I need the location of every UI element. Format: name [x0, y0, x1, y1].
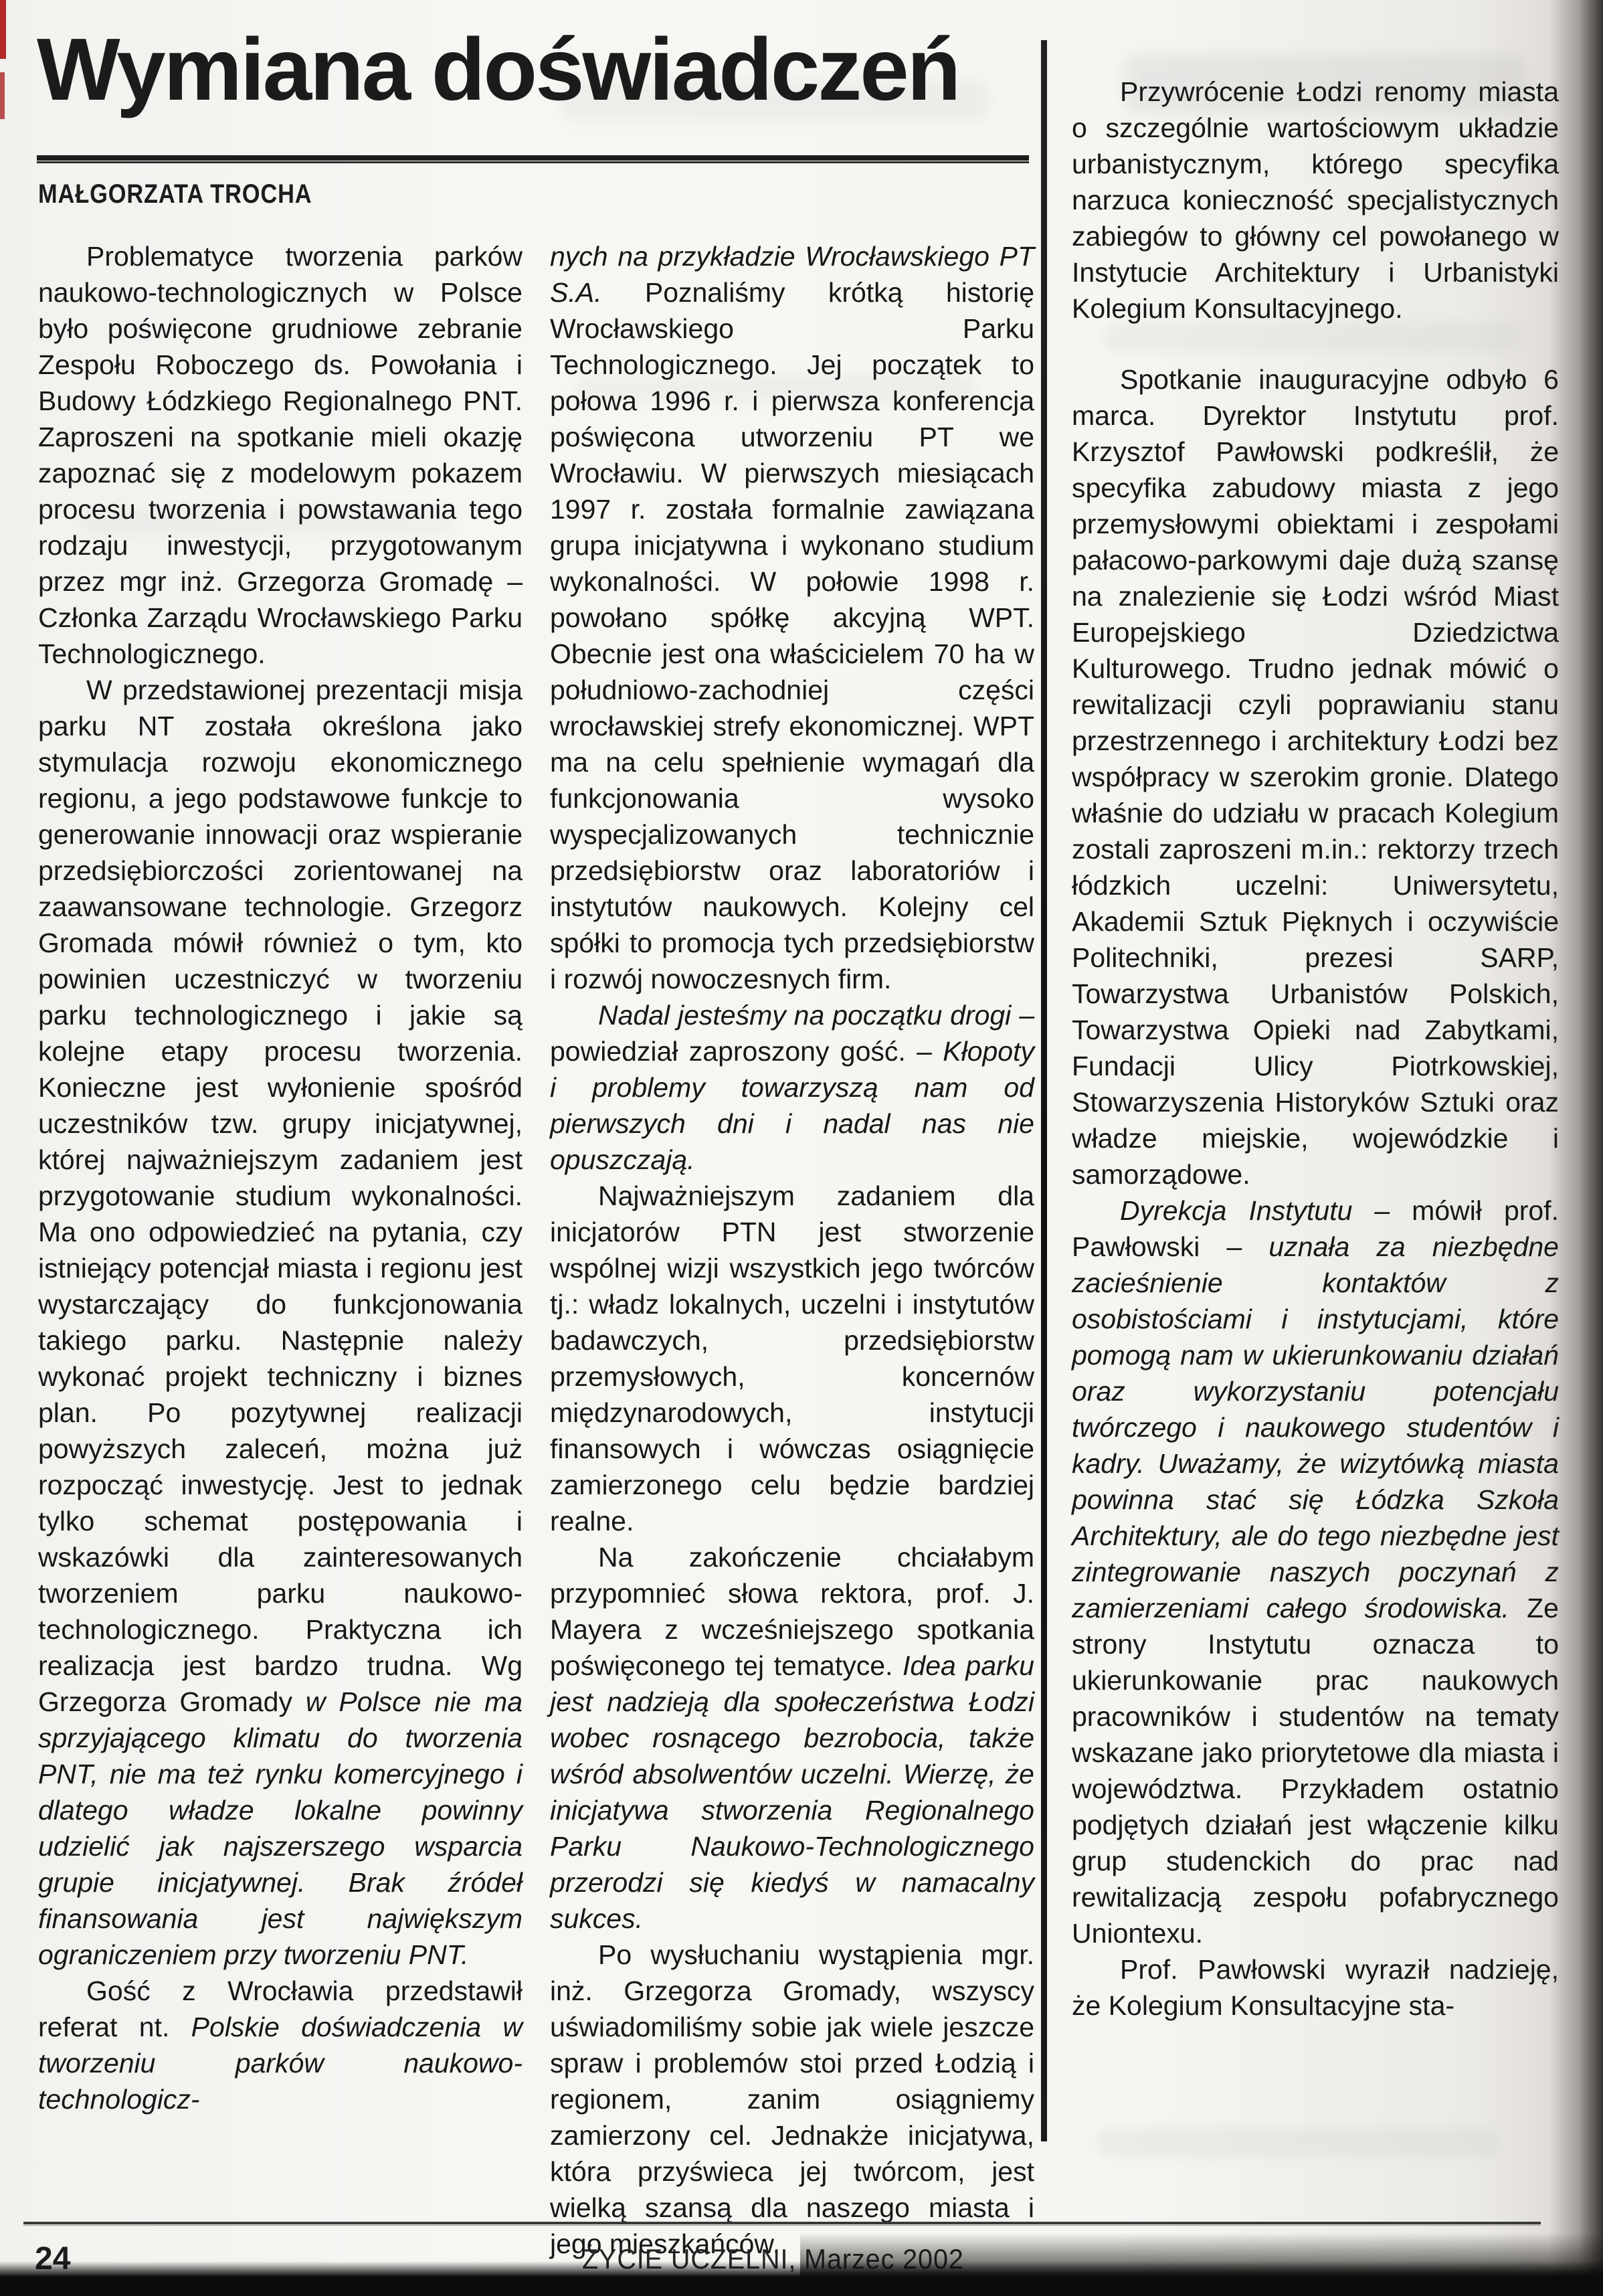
paragraph: Prof. Pawłowski wyraził nadzieję, że Kol…	[1072, 1951, 1559, 2024]
text-run: W przedstawionej prezentacji misja parku…	[38, 675, 523, 1717]
scanned-page: Wymiana doświadczeń MAŁGORZATA TROCHA Pr…	[0, 0, 1603, 2296]
text-run: Problematyce tworzenia parków naukowo-te…	[38, 241, 523, 669]
italic-text-run: w Polsce nie ma sprzyjającego klimatu do…	[38, 1686, 523, 1970]
paragraph: Dyrekcja Instytutu – mówił prof. Pawłows…	[1072, 1193, 1559, 1951]
paragraph: Na zakończenie chciałabym przypomnieć sł…	[550, 1539, 1034, 1937]
article-column-1: Problematyce tworzenia parków naukowo-te…	[38, 238, 523, 2152]
article-column-2: nych na przykładzie Wrocławskiego PT S.A…	[550, 238, 1034, 2152]
italic-text-run: Nadal jesteśmy na początku drogi	[598, 1000, 1019, 1031]
paragraph: Nadal jesteśmy na początku drogi – powie…	[550, 997, 1034, 1178]
text-run: Poznaliśmy krótką historię Wrocławskiego…	[550, 277, 1034, 994]
text-run: Przywrócenie Łodzi renomy miasta o szcze…	[1072, 76, 1559, 324]
paragraph: Gość z Wrocławia przedstawił referat nt.…	[38, 1973, 523, 2117]
text-run: Po wysłuchaniu wystąpienia mgr. inż. Grz…	[550, 1939, 1034, 2259]
paragraph: Przywrócenie Łodzi renomy miasta o szcze…	[1072, 74, 1559, 327]
italic-text-run: Idea parku jest nadzieją dla społeczeńst…	[550, 1650, 1034, 1934]
paragraph: W przedstawionej prezentacji misja parku…	[38, 672, 523, 1973]
paragraph: Po wysłuchaniu wystąpienia mgr. inż. Grz…	[550, 1937, 1034, 2262]
text-run: Najważniejszym zadaniem dla inicjatorów …	[550, 1180, 1034, 1536]
article-column-3: Przywrócenie Łodzi renomy miasta o szcze…	[1072, 74, 1559, 2081]
page-title: Wymiana doświadczeń	[37, 19, 1040, 120]
italic-text-run: Dyrekcja Instytutu	[1120, 1195, 1374, 1226]
scan-edge-left-red	[0, 72, 5, 119]
author-name: MAŁGORZATA TROCHA	[38, 179, 312, 209]
text-run: Prof. Pawłowski wyraził nadzieję, że Kol…	[1072, 1954, 1559, 2021]
scan-edge-right-shadow	[1548, 0, 1603, 2296]
title-rule	[37, 155, 1029, 163]
paragraph: nych na przykładzie Wrocławskiego PT S.A…	[550, 238, 1034, 997]
text-run: Ze strony Instytutu oznacza to ukierunko…	[1072, 1593, 1559, 1949]
footer-rule	[23, 2222, 1541, 2226]
text-run: Spotkanie inauguracyjne odbyło 6 marca. …	[1072, 364, 1559, 1190]
paragraph: Spotkanie inauguracyjne odbyło 6 marca. …	[1072, 361, 1559, 1193]
paragraph: Najważniejszym zadaniem dla inicjatorów …	[550, 1178, 1034, 1539]
scan-edge-left-red	[0, 0, 6, 59]
italic-text-run: uznała za niezbędne zacieśnienie kontakt…	[1072, 1231, 1559, 1623]
paragraph: Problematyce tworzenia parków naukowo-te…	[38, 238, 523, 672]
showthrough-smudge	[1097, 2128, 1499, 2157]
scan-edge-bottom-shadow	[0, 2261, 1603, 2296]
column-divider-rule	[1041, 40, 1047, 2141]
